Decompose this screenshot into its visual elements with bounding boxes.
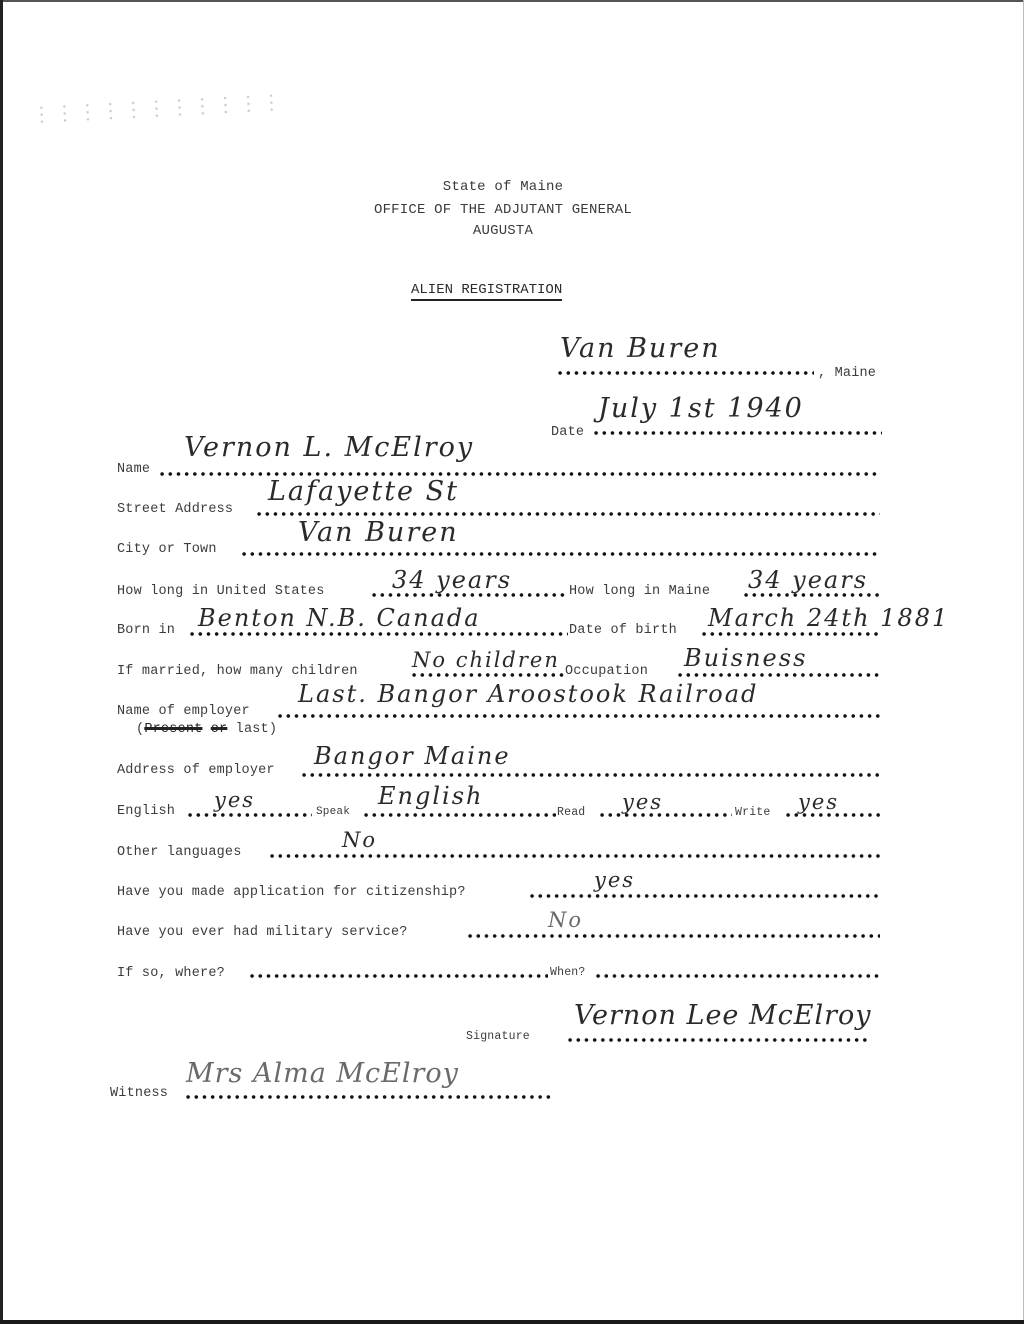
place-dots bbox=[556, 370, 814, 376]
write-value[interactable]: yes bbox=[798, 790, 839, 814]
employer-address-value[interactable]: Bangor Maine bbox=[314, 742, 511, 770]
place-state-label: , Maine bbox=[818, 366, 876, 381]
form-title: ALIEN REGISTRATION bbox=[411, 282, 562, 301]
employer-address-dots bbox=[300, 772, 880, 778]
when-label: When? bbox=[550, 966, 586, 979]
signature-dots bbox=[566, 1037, 870, 1043]
name-dots bbox=[158, 471, 880, 477]
scan-noise bbox=[30, 91, 291, 125]
children-dots bbox=[410, 672, 568, 678]
occupation-dots bbox=[676, 672, 880, 678]
military-label: Have you ever had military service? bbox=[117, 925, 408, 940]
employer-address-label: Address of employer bbox=[117, 763, 275, 778]
citizenship-value[interactable]: yes bbox=[594, 868, 635, 892]
sublabel-struck-present: Present bbox=[144, 722, 202, 737]
other-languages-value[interactable]: No bbox=[342, 828, 377, 852]
street-label: Street Address bbox=[117, 502, 233, 517]
read-dots bbox=[598, 812, 732, 818]
witness-dots bbox=[184, 1094, 554, 1100]
dob-label: Date of birth bbox=[569, 623, 677, 638]
city-value[interactable]: Van Buren bbox=[298, 517, 459, 548]
employer-dots bbox=[276, 713, 880, 719]
speak-dots bbox=[362, 812, 556, 818]
date-dots bbox=[592, 430, 882, 436]
speak-label: Speak bbox=[316, 806, 350, 818]
employer-sublabel: (Present or last) bbox=[136, 722, 277, 737]
dob-value[interactable]: March 24th 1881 bbox=[708, 604, 949, 632]
other-languages-label: Other languages bbox=[117, 845, 242, 860]
header-office: OFFICE OF THE ADJUTANT GENERAL bbox=[303, 202, 703, 218]
witness-value[interactable]: Mrs Alma McElroy bbox=[186, 1058, 459, 1089]
read-value[interactable]: yes bbox=[622, 790, 663, 814]
military-dots bbox=[466, 933, 880, 939]
where-dots bbox=[248, 973, 548, 979]
signature-value[interactable]: Vernon Lee McElroy bbox=[574, 1000, 872, 1031]
years-maine-value[interactable]: 34 years bbox=[748, 566, 868, 594]
city-dots bbox=[240, 551, 880, 557]
citizenship-dots bbox=[528, 893, 880, 899]
date-label: Date bbox=[551, 425, 584, 440]
place-town-value[interactable]: Van Buren bbox=[560, 333, 721, 364]
witness-label: Witness bbox=[110, 1086, 168, 1101]
header-city: AUGUSTA bbox=[303, 223, 703, 239]
signature-label: Signature bbox=[466, 1030, 530, 1043]
sublabel-struck-or: or bbox=[211, 722, 228, 737]
speak-value[interactable]: English bbox=[378, 782, 483, 810]
english-dots bbox=[186, 812, 312, 818]
children-label: If married, how many children bbox=[117, 664, 358, 679]
date-value[interactable]: July 1st 1940 bbox=[598, 393, 804, 424]
header-state: State of Maine bbox=[303, 179, 703, 195]
years-maine-label: How long in Maine bbox=[569, 584, 710, 599]
employer-label: Name of employer bbox=[117, 704, 250, 719]
english-label: English bbox=[117, 804, 175, 819]
occupation-value[interactable]: Buisness bbox=[684, 644, 807, 672]
citizenship-label: Have you made application for citizenshi… bbox=[117, 885, 466, 900]
read-label: Read bbox=[557, 806, 585, 819]
years-us-value[interactable]: 34 years bbox=[392, 566, 512, 594]
when-dots bbox=[594, 973, 880, 979]
military-value[interactable]: No bbox=[548, 908, 583, 932]
page-border-left bbox=[0, 0, 3, 1324]
page-border-top bbox=[0, 0, 1024, 2]
name-value[interactable]: Vernon L. McElroy bbox=[184, 432, 474, 463]
occupation-label: Occupation bbox=[565, 664, 648, 679]
children-value[interactable]: No children bbox=[412, 648, 560, 672]
city-label: City or Town bbox=[117, 542, 217, 557]
employer-value[interactable]: Last. Bangor Aroostook Railroad bbox=[298, 680, 758, 708]
name-label: Name bbox=[117, 462, 150, 477]
write-label: Write bbox=[735, 806, 771, 819]
sublabel-last: last) bbox=[236, 722, 278, 737]
years-us-label: How long in United States bbox=[117, 584, 325, 599]
where-label: If so, where? bbox=[117, 966, 225, 981]
other-languages-dots bbox=[268, 853, 880, 859]
english-value[interactable]: yes bbox=[214, 788, 255, 812]
born-in-value[interactable]: Benton N.B. Canada bbox=[198, 604, 481, 632]
street-value[interactable]: Lafayette St bbox=[268, 476, 459, 507]
page-border-bottom bbox=[0, 1320, 1024, 1324]
born-in-label: Born in bbox=[117, 623, 175, 638]
